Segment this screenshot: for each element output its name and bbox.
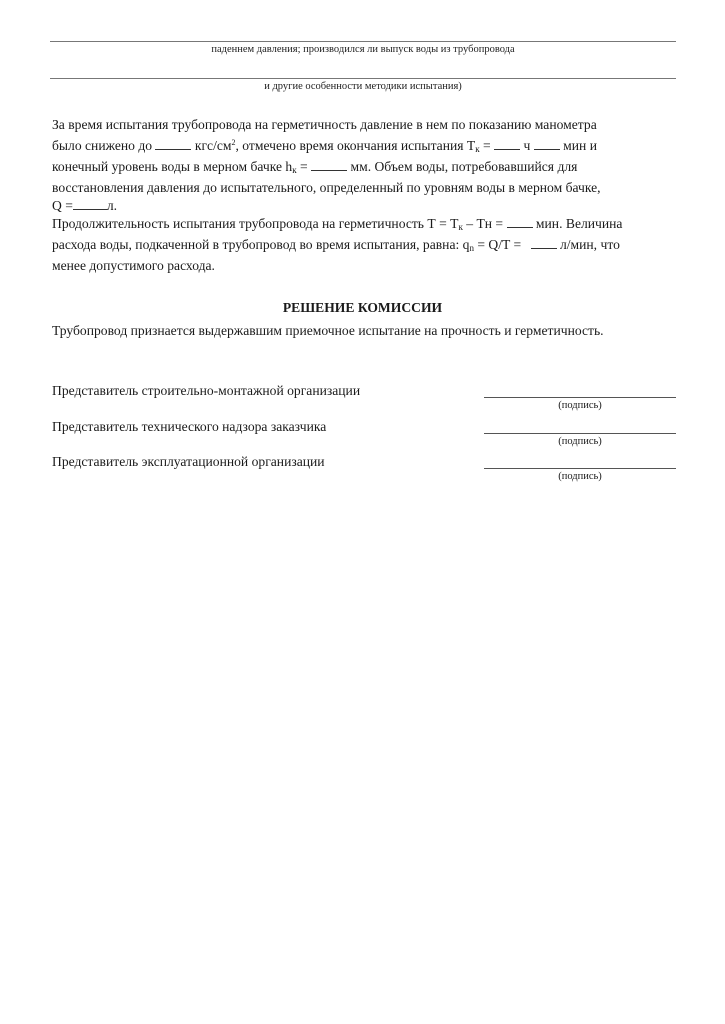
signature-row: Представитель строительно-монтажной орга… (52, 382, 677, 422)
signature-caption: (подпись) (484, 400, 676, 412)
signature-caption: (подпись) (484, 471, 676, 483)
text-line: За время испытания трубопровода на герме… (52, 116, 682, 134)
section-heading: РЕШЕНИЕ КОМИССИИ (0, 300, 725, 316)
signature-label: Представитель строительно-монтажной орга… (52, 382, 360, 400)
pressure-blank-field[interactable] (155, 137, 191, 150)
signature-row: Представитель эксплуатационной организац… (52, 453, 677, 493)
field-caption: паденнем давления; производился ли выпус… (50, 44, 676, 56)
field-caption: и другие особенности методики испытания) (50, 81, 676, 93)
duration-blank-field[interactable] (507, 215, 533, 228)
text-line: расхода воды, подкаченной в трубопровод … (52, 236, 682, 257)
document-page: паденнем давления; производился ли выпус… (0, 0, 725, 1024)
signature-caption: (подпись) (484, 436, 676, 448)
text-line: Продолжительность испытания трубопровода… (52, 215, 682, 236)
signature-field[interactable] (484, 468, 676, 469)
signature-label: Представитель эксплуатационной организац… (52, 453, 325, 471)
water-level-blank-field[interactable] (311, 158, 347, 171)
end-minutes-blank-field[interactable] (534, 137, 560, 150)
end-hours-blank-field[interactable] (494, 137, 520, 150)
test-results-paragraph: За время испытания трубопровода на герме… (52, 116, 682, 275)
text-line: восстановления давления до испытательног… (52, 179, 682, 197)
water-volume-blank-field[interactable] (73, 197, 107, 210)
signature-field[interactable] (484, 433, 676, 434)
text-line: конечный уровень воды в мерном бачке hк … (52, 158, 682, 179)
text-line: было снижено до кгс/см2, отмечено время … (52, 134, 682, 158)
text-line: Q =л. (52, 197, 682, 215)
rule-line (50, 78, 676, 79)
signature-field[interactable] (484, 397, 676, 398)
text-line: менее допустимого расхода. (52, 257, 682, 275)
decision-text: Трубопровод признается выдержавшим прием… (52, 322, 604, 340)
signature-row: Представитель технического надзора заказ… (52, 418, 677, 458)
signature-label: Представитель технического надзора заказ… (52, 418, 326, 436)
flow-rate-blank-field[interactable] (531, 236, 557, 249)
rule-line (50, 41, 676, 42)
